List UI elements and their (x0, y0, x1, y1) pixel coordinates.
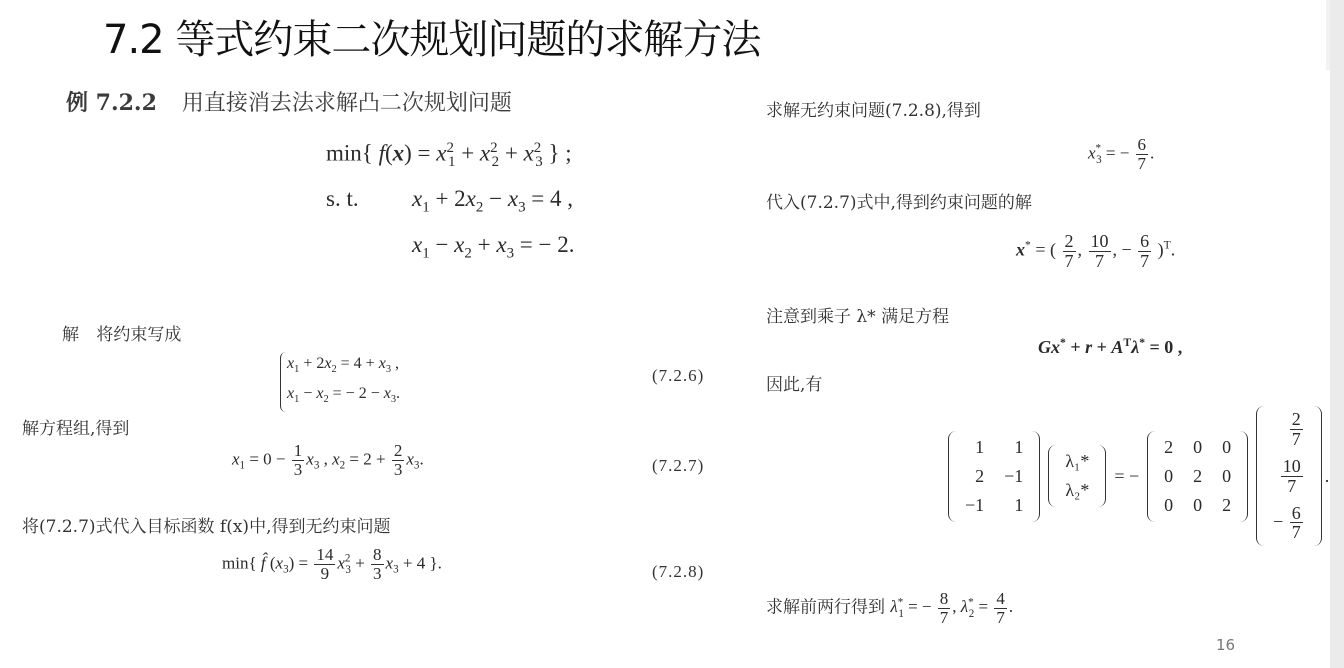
edge-shadow (1326, 0, 1330, 70)
matrix-a-transpose: 11 2−1 −11 (948, 431, 1040, 522)
lambda-vector: λ₁* λ₂* (1048, 445, 1106, 507)
step4-text: 求解无约束问题(7.2.8),得到 (766, 96, 981, 121)
equals-minus: = − (1114, 466, 1139, 487)
eq-number-726: (7.2.6) (652, 366, 704, 386)
step5-text: 代入(7.2.7)式中,得到约束问题的解 (766, 188, 1032, 213)
constraint-2: x1 − x2 + x3 = − 2. (412, 232, 574, 263)
constraint-1: x1 + 2x2 − x3 = 4 , (412, 186, 573, 217)
st-label: s. t. (326, 186, 359, 212)
constraint-system: x1 + 2x2 = 4 + x3 , x1 − x2 = − 2 − x3. (280, 352, 400, 412)
example-label: 例 7.2.2 (66, 90, 157, 116)
solution-intro: 解 将约束写成 (62, 320, 181, 345)
eq-728-expression: min{ f̂ (x3) = 149x23 + 83x3 + 4 }. (222, 546, 442, 583)
lambda-result-line: 求解前两行得到 λ*1 = − 87, λ*2 = 47. (766, 590, 1013, 627)
eq-727-expression: x1 = 0 − 13x3 , x2 = 2 + 23x3. (232, 442, 424, 479)
objective: min{ f(x) = x21 + x22 + x23 } ; (326, 140, 572, 171)
step7-text: 因此,有 (766, 370, 822, 395)
eq-number-727: (7.2.7) (652, 456, 704, 476)
solution-label: 解 (62, 325, 79, 345)
step1-text: 将约束写成 (96, 325, 181, 345)
lambda-result: λ*1 = − 87, λ*2 = 47. (890, 597, 1013, 616)
example-title: 用直接消去法求解凸二次规划问题 (182, 91, 512, 116)
page-number: 16 (1216, 636, 1235, 654)
kkt-equation: Gx* + r + ATλ* = 0 , (1038, 336, 1182, 358)
step8-text: 求解前两行得到 (766, 597, 885, 617)
step2-text: 解方程组,得到 (22, 414, 129, 439)
slide-title: 7.2 等式约束二次规划问题的求解方法 (103, 8, 760, 65)
matrix-equation: 11 2−1 −11 λ₁* λ₂* = − 200 020 002 27 10… (948, 406, 1329, 546)
x-star-vector: 27 107 − 67 (1256, 406, 1322, 546)
scrollbar-track[interactable] (1330, 0, 1344, 668)
step3-text: 将(7.2.7)式代入目标函数 f(x)中,得到无约束问题 (22, 512, 390, 537)
step6-text: 注意到乘子 λ* 满足方程 (766, 302, 949, 327)
example-heading: 例 7.2.2 用直接消去法求解凸二次规划问题 (66, 86, 512, 117)
matrix-g: 200 020 002 (1147, 431, 1248, 522)
x3-star-result: x*3 = − 67. (1088, 136, 1154, 173)
x-star-result: x* = ( 27, 107, − 67 )T. (1016, 232, 1175, 271)
eq-number-728: (7.2.8) (652, 562, 704, 582)
